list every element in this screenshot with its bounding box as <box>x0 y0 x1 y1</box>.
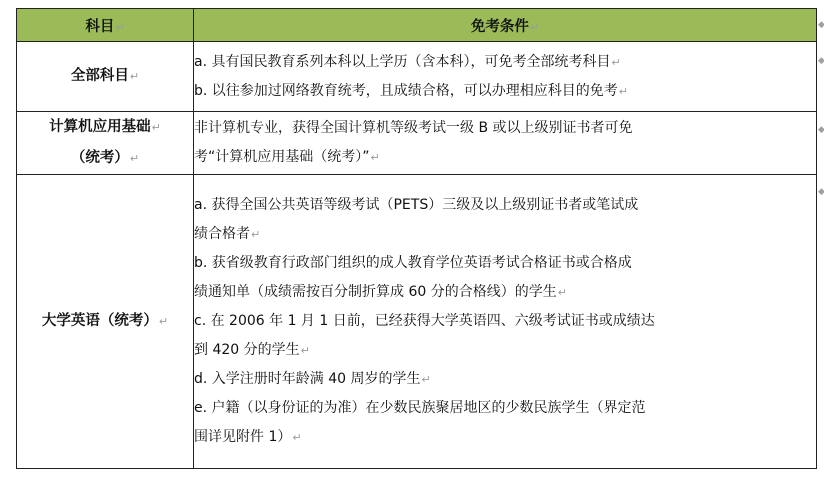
return-mark-icon: ↵ <box>371 151 380 164</box>
condition-line: 到 420 分的学生↵ <box>194 336 816 365</box>
header-subject: 科目↵ <box>17 9 194 42</box>
row-end-mark-icon: ◆ <box>818 56 824 66</box>
condition-line: e. 户籍（以身份证的为准）在少数民族聚居地区的少数民族学生（界定范 <box>194 394 816 423</box>
document-page: 科目↵ 免考条件↵ 全部科目↵ a. 具有国民教育系列本科以上学历（含本科），可… <box>0 0 824 482</box>
return-mark-icon: ↵ <box>152 121 161 134</box>
condition-line: 围详见附件 1）↵ <box>194 423 816 452</box>
subject-label: 计算机应用基础↵ <box>17 112 193 143</box>
return-mark-icon: ↵ <box>251 228 260 241</box>
subject-cell: 大学英语（统考）↵ <box>17 175 194 469</box>
return-mark-icon: ↵ <box>530 21 539 34</box>
return-mark-icon: ↵ <box>301 344 310 357</box>
return-mark-icon: ↵ <box>619 85 628 98</box>
return-mark-icon: ↵ <box>115 21 124 34</box>
condition-cell: 非计算机专业，获得全国计算机等级考试一级 B 或以上级别证书者可免 考“计算机应… <box>194 112 817 175</box>
condition-line: 非计算机专业，获得全国计算机等级考试一级 B 或以上级别证书者可免 <box>194 114 816 143</box>
table-header-row: 科目↵ 免考条件↵ <box>17 9 817 42</box>
row-end-mark-icon: ◆ <box>818 20 824 30</box>
table-row: 计算机应用基础↵ （统考）↵ 非计算机专业，获得全国计算机等级考试一级 B 或以… <box>17 112 817 175</box>
return-mark-icon: ↵ <box>159 315 168 328</box>
subject-label: （统考）↵ <box>17 143 193 174</box>
exemption-table: 科目↵ 免考条件↵ 全部科目↵ a. 具有国民教育系列本科以上学历（含本科），可… <box>16 8 817 469</box>
condition-line: 考“计算机应用基础（统考）”↵ <box>194 143 816 172</box>
condition-line: 绩合格者↵ <box>194 220 816 249</box>
subject-cell: 计算机应用基础↵ （统考）↵ <box>17 112 194 175</box>
header-conditions: 免考条件↵ <box>194 9 817 42</box>
return-mark-icon: ↵ <box>130 152 139 165</box>
condition-cell: a. 具有国民教育系列本科以上学历（含本科），可免考全部统考科目↵ b. 以往参… <box>194 42 817 112</box>
subject-label: 全部科目 <box>71 68 129 84</box>
row-end-mark-icon: ◆ <box>818 187 824 197</box>
return-mark-icon: ↵ <box>130 70 139 83</box>
return-mark-icon: ↵ <box>558 286 567 299</box>
subject-cell: 全部科目↵ <box>17 42 194 112</box>
subject-label: 大学英语（统考） <box>42 313 158 329</box>
condition-line: c. 在 2006 年 1 月 1 日前，已经获得大学英语四、六级考试证书或成绩… <box>194 307 816 336</box>
condition-line: d. 入学注册时年龄满 40 周岁的学生↵ <box>194 365 816 394</box>
table-row: 大学英语（统考）↵ a. 获得全国公共英语等级考试（PETS）三级及以上级别证书… <box>17 175 817 469</box>
return-mark-icon: ↵ <box>422 373 431 386</box>
condition-line: b. 获省级教育行政部门组织的成人教育学位英语考试合格证书或合格成 <box>194 249 816 278</box>
condition-line: 绩通知单（成绩需按百分制折算成 60 分的合格线）的学生↵ <box>194 278 816 307</box>
condition-line: a. 具有国民教育系列本科以上学历（含本科），可免考全部统考科目↵ <box>194 48 816 77</box>
condition-cell: a. 获得全国公共英语等级考试（PETS）三级及以上级别证书者或笔试成 绩合格者… <box>194 175 817 469</box>
condition-line: a. 获得全国公共英语等级考试（PETS）三级及以上级别证书者或笔试成 <box>194 191 816 220</box>
return-mark-icon: ↵ <box>292 431 301 444</box>
condition-line: b. 以往参加过网络教育统考，且成绩合格，可以办理相应科目的免考↵ <box>194 77 816 106</box>
row-end-mark-icon: ◆ <box>818 125 824 135</box>
return-mark-icon: ↵ <box>611 56 620 69</box>
table-row: 全部科目↵ a. 具有国民教育系列本科以上学历（含本科），可免考全部统考科目↵ … <box>17 42 817 112</box>
